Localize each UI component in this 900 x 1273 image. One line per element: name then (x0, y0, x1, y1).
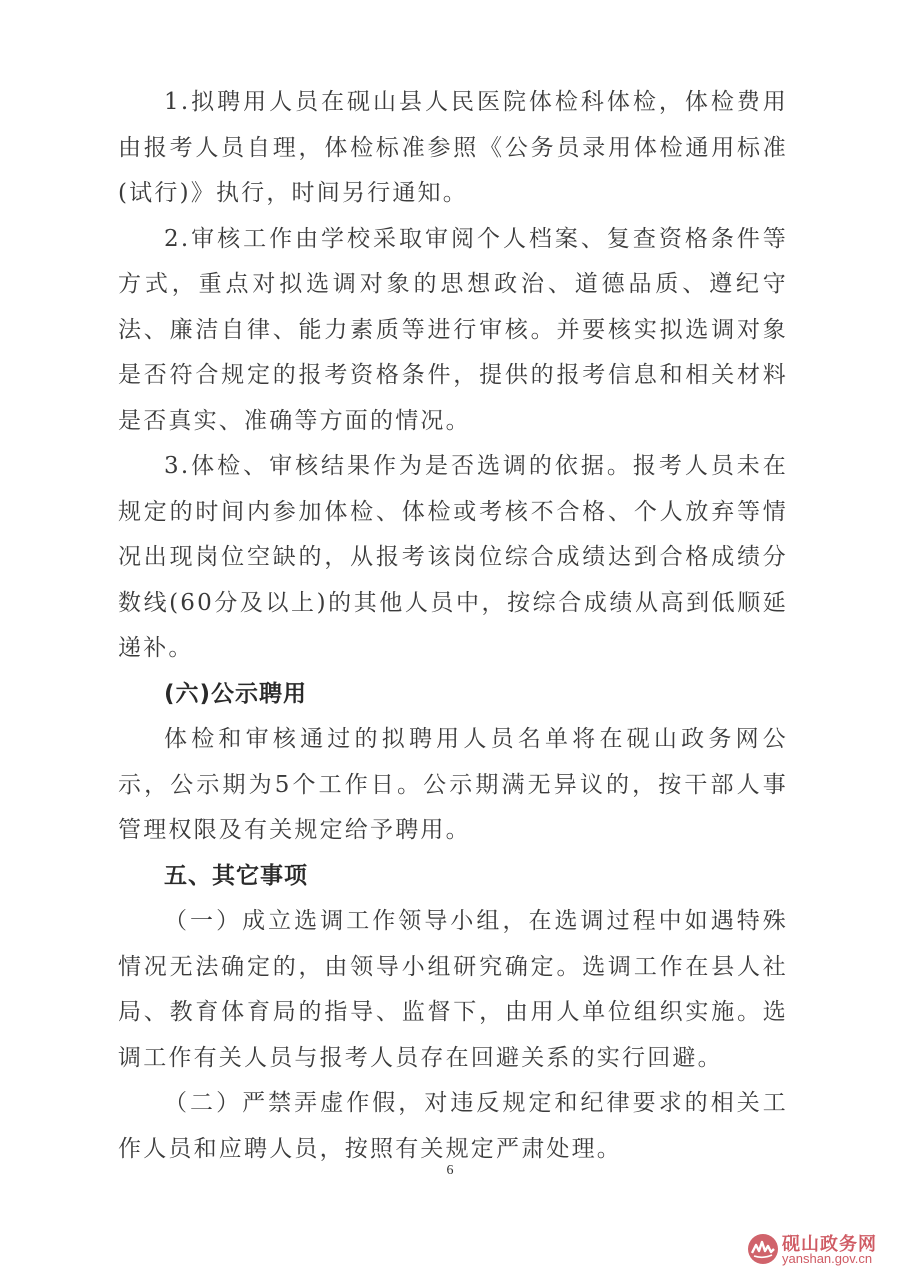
mountain-logo-icon (748, 1234, 778, 1264)
paragraph-publicity: 体检和审核通过的拟聘用人员名单将在砚山政务网公示，公示期为5个工作日。公示期满无… (118, 717, 788, 854)
section-heading-publicity: (六)公示聘用 (118, 672, 788, 718)
paragraph-physical-exam: 1.拟聘用人员在砚山县人民医院体检科体检，体检费用由报考人员自理，体检标准参照《… (118, 80, 788, 217)
section-heading-other-matters: 五、其它事项 (118, 854, 788, 900)
paragraph-results: 3.体检、审核结果作为是否选调的依据。报考人员未在规定的时间内参加体检、体检或考… (118, 444, 788, 672)
paragraph-review: 2.审核工作由学校采取审阅个人档案、复查资格条件等方式，重点对拟选调对象的思想政… (118, 217, 788, 445)
page-number: 6 (0, 1163, 900, 1179)
site-domain: yanshan.gov.cn (782, 1251, 872, 1266)
paragraph-leadership-group: （一）成立选调工作领导小组，在选调过程中如遇特殊情况无法确定的，由领导小组研究确… (118, 899, 788, 1081)
document-page: 1.拟聘用人员在砚山县人民医院体检科体检，体检费用由报考人员自理，体检标准参照《… (118, 80, 788, 1172)
paragraph-prohibition: （二）严禁弄虚作假，对违反规定和纪律要求的相关工作人员和应聘人员，按照有关规定严… (118, 1081, 788, 1172)
site-watermark-logo: 砚山政务网 yanshan.gov.cn (748, 1228, 898, 1268)
